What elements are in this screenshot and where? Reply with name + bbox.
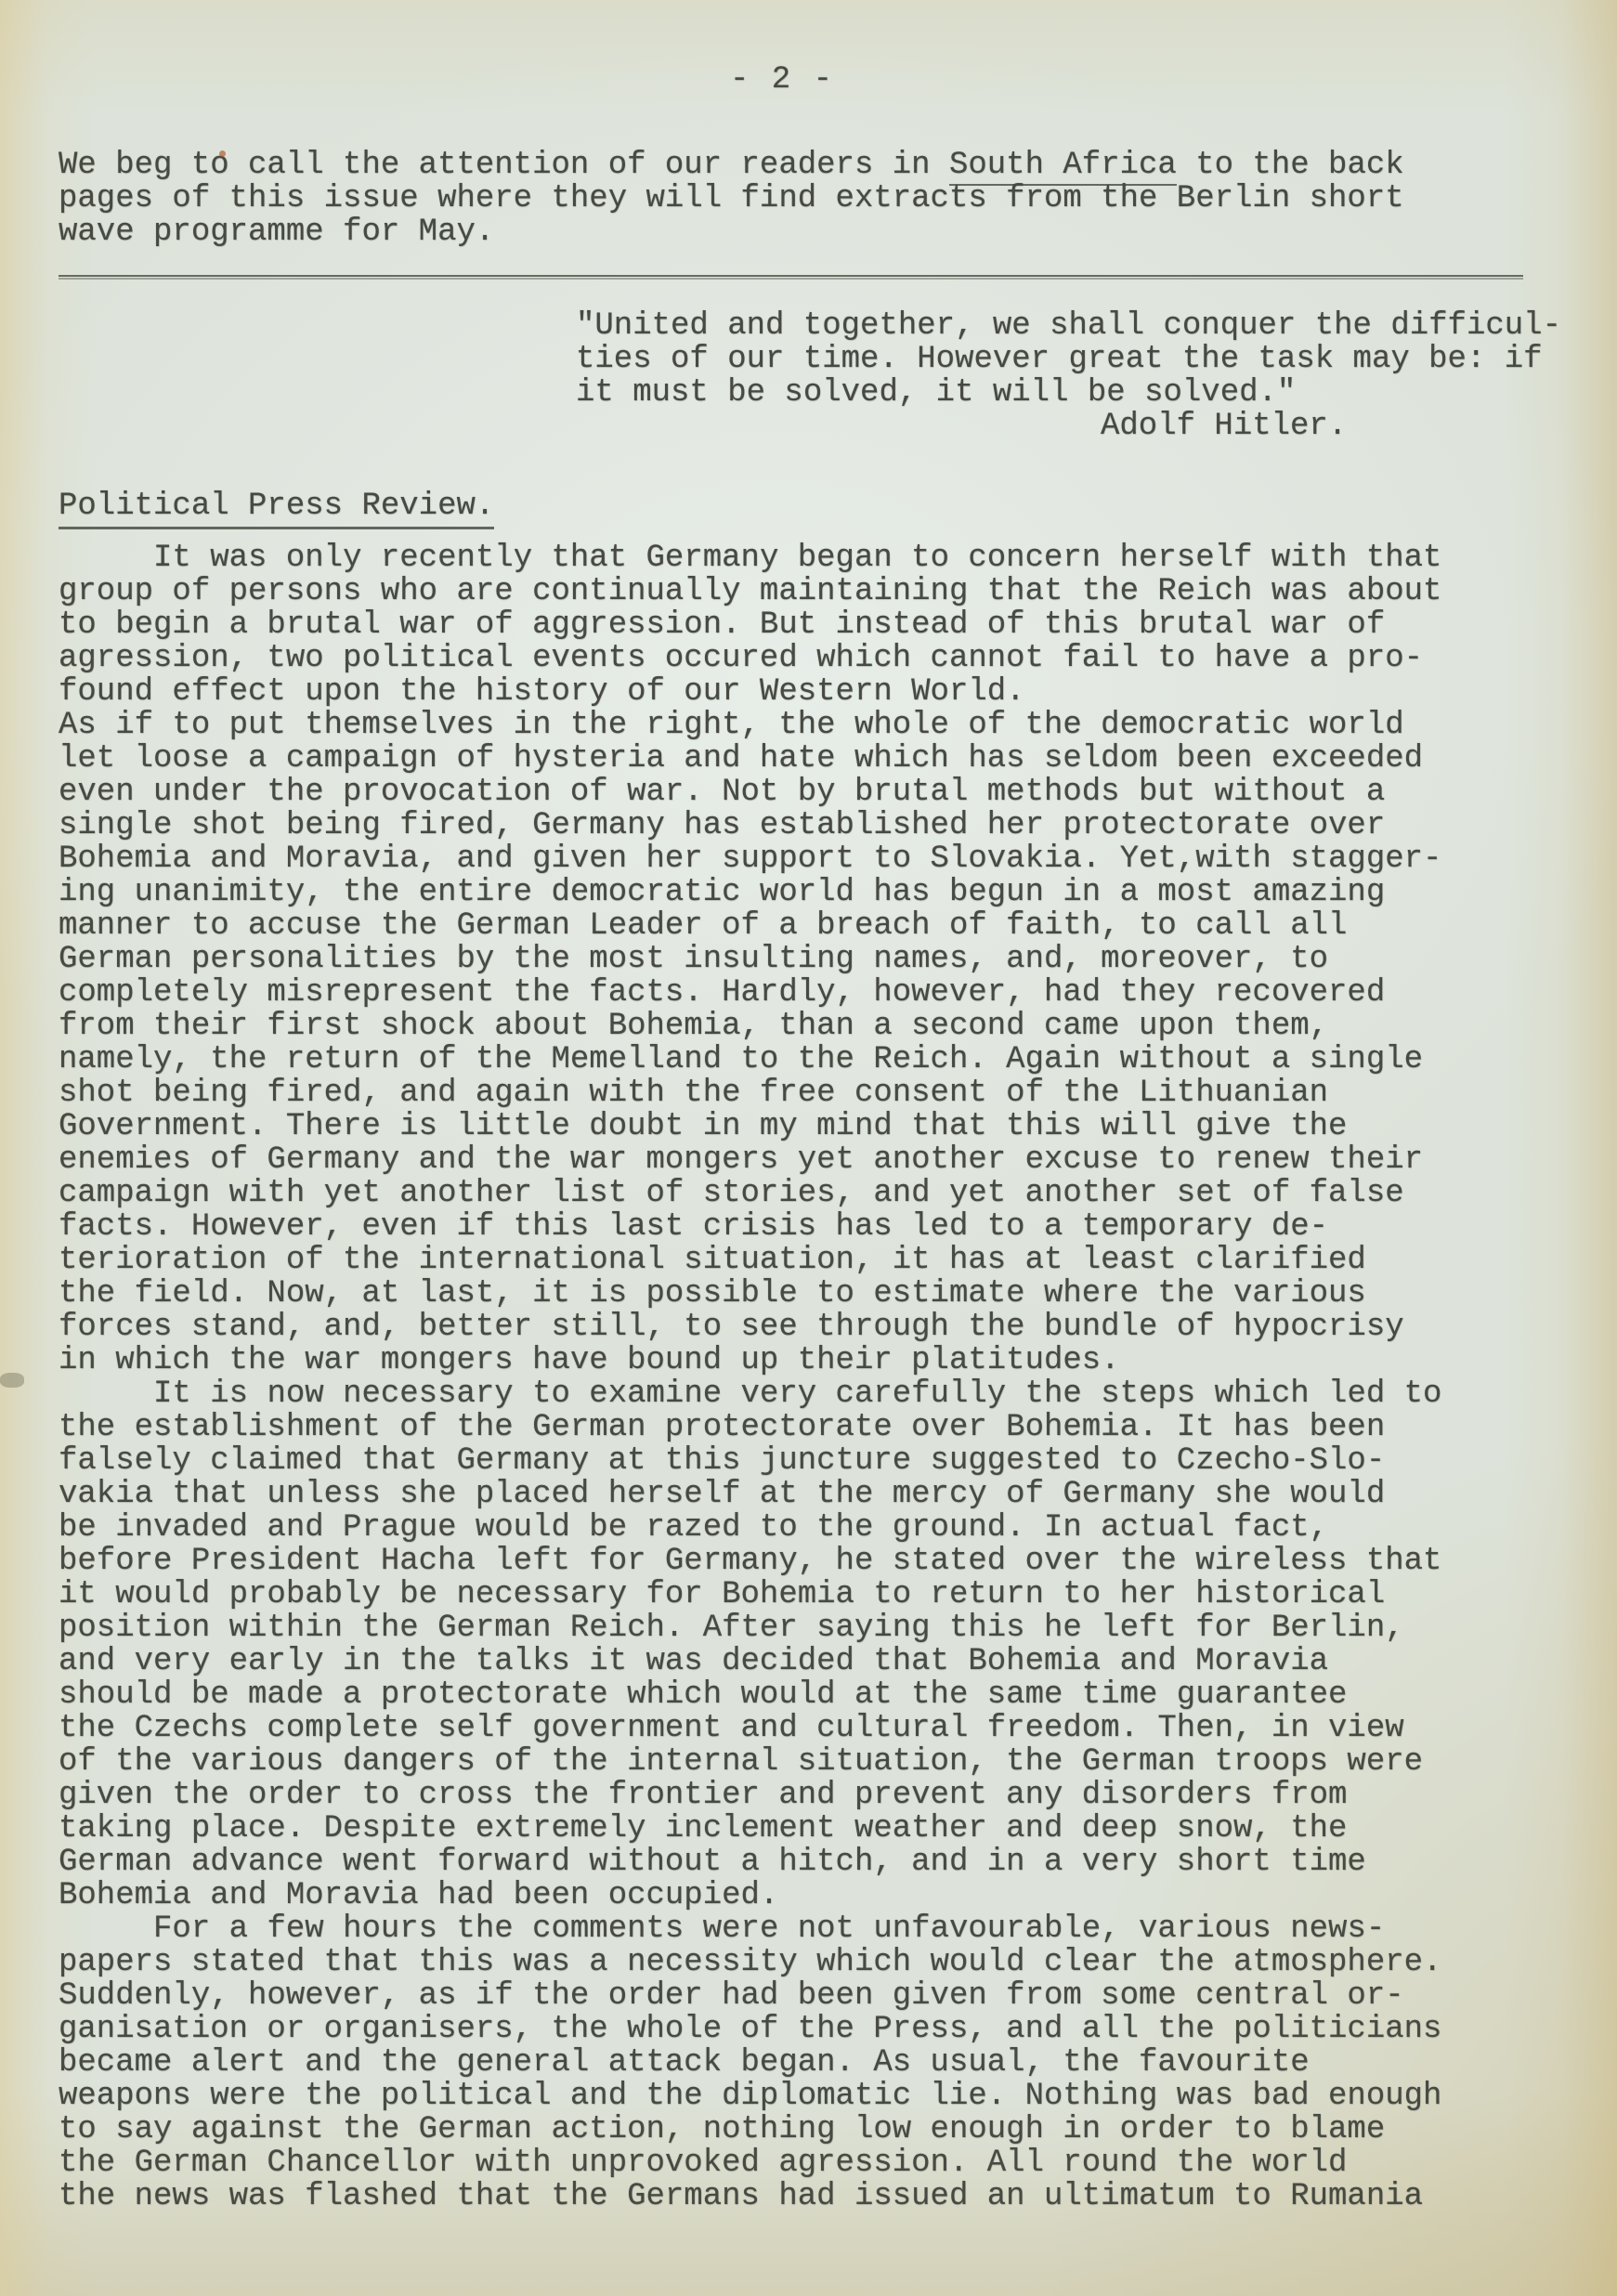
intro-paragraph: We beg to call the attention of our read… <box>59 149 1580 249</box>
body-paragraph-1: It was only recently that Germany began … <box>59 541 1580 1377</box>
page-number: - 2 - <box>59 63 1506 97</box>
paper-smudge <box>0 1373 24 1388</box>
document-page: - 2 - We beg to call the attention of ou… <box>0 0 1617 2296</box>
article-body: It was only recently that Germany began … <box>59 541 1580 2213</box>
paper-speck <box>219 150 226 157</box>
intro-text-pre: We beg to call the attention of our read… <box>59 148 949 183</box>
intro-underlined-text: South Africa <box>949 148 1177 186</box>
body-paragraph-2: It is now necessary to examine very care… <box>59 1377 1580 1912</box>
quote-block: "United and together, we shall conquer t… <box>576 309 1580 443</box>
quote-text: "United and together, we shall conquer t… <box>576 309 1580 410</box>
intro-text-post: to the back <box>1177 148 1404 183</box>
body-paragraph-3: For a few hours the comments were not un… <box>59 1912 1580 2213</box>
section-heading-text: Political Press Review. <box>59 489 494 529</box>
section-heading: Political Press Review. <box>59 489 1580 523</box>
quote-attribution: Adolf Hitler. <box>1101 410 1580 443</box>
intro-text-rest: pages of this issue where they will find… <box>59 181 1404 250</box>
divider-rule <box>59 275 1523 280</box>
